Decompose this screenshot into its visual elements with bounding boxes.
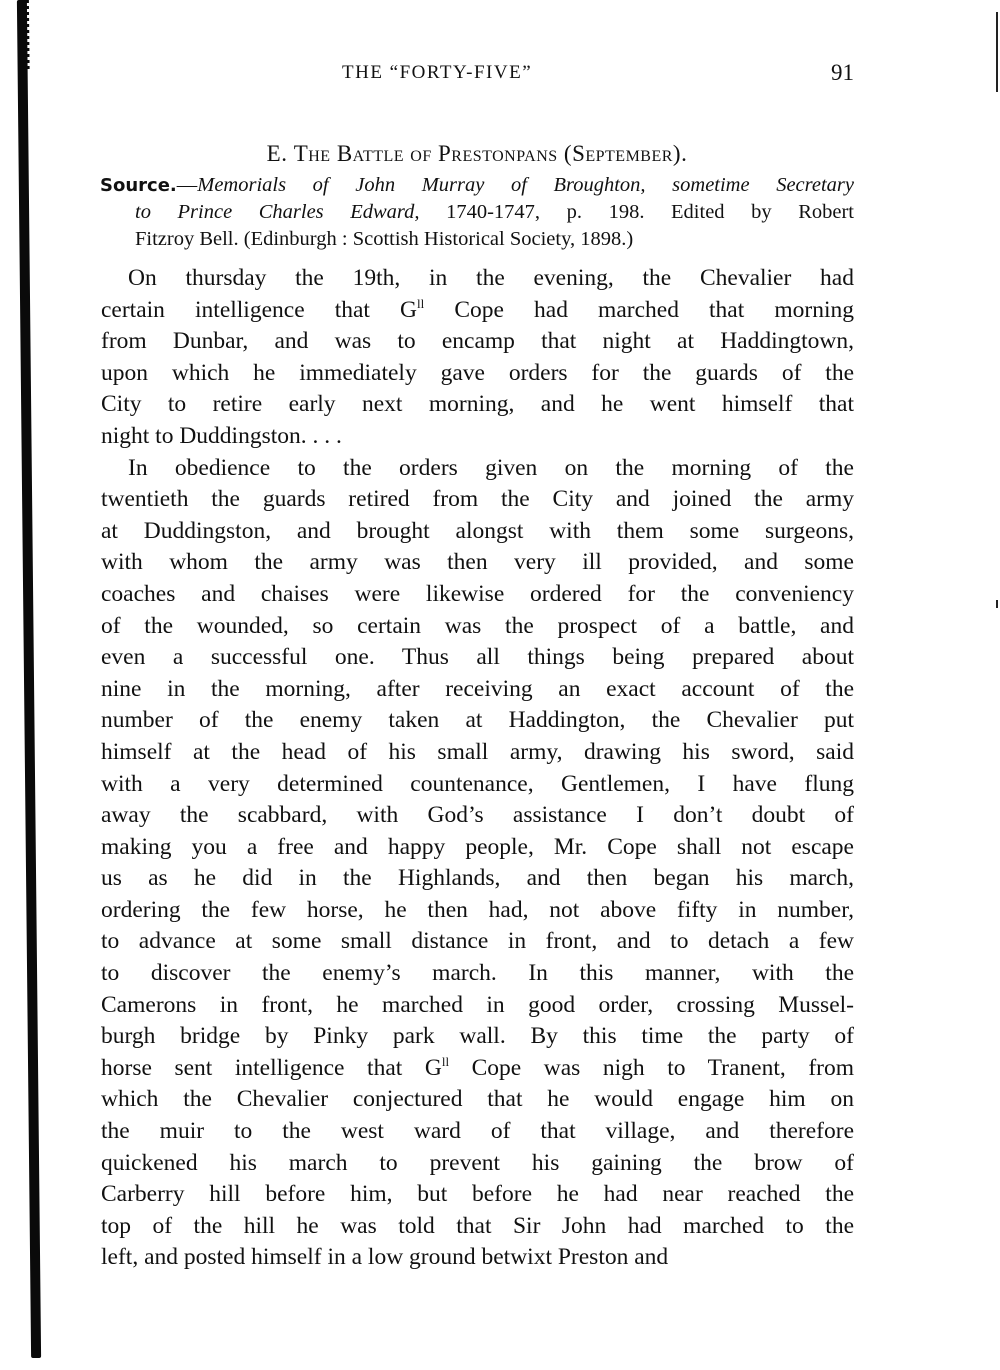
text-line: coaches and chaises were likewise ordere… [101, 579, 854, 611]
source-line: Source.—Memorials of John Murray of Brou… [100, 172, 854, 199]
text-line: left, and posted himself in a low ground… [101, 1242, 854, 1274]
text-line: to advance at some small distance in fro… [101, 926, 854, 958]
paragraph-1: On thursday the 19th, in the evening, th… [101, 263, 854, 453]
text-line: In obedience to the orders given on the … [101, 453, 854, 485]
body-text: On thursday the 19th, in the evening, th… [101, 263, 854, 1274]
running-head: THE “FORTY-FIVE” 91 [100, 62, 854, 92]
text-line: himself at the head of his small army, d… [101, 737, 854, 769]
source-detail: Fitzroy Bell. (Edinburgh : Scottish Hist… [135, 228, 633, 250]
source-title-italic: Memorials of John Murray of Broughton, s… [197, 174, 854, 196]
text-line: burgh bridge by Pinky park wall. By this… [101, 1021, 854, 1053]
text-line: quickened his march to prevent his gaini… [101, 1148, 854, 1180]
text-line: with a very determined countenance, Gent… [101, 769, 854, 801]
superscript-abbrev: ll [442, 1054, 449, 1069]
scan-speckle [996, 600, 998, 608]
running-title: THE “FORTY-FIVE” [342, 62, 532, 84]
source-line: to Prince Charles Edward, 1740-1747, p. … [100, 199, 854, 226]
text-line: night to Duddingston. . . . [101, 421, 854, 453]
text-line: upon which he immediately gave orders fo… [101, 358, 854, 390]
source-line: Fitzroy Bell. (Edinburgh : Scottish Hist… [100, 226, 854, 253]
text-line: Camerons in front, he marched in good or… [101, 990, 854, 1022]
source-label: Source. [100, 175, 177, 196]
scan-binding-edge [17, 0, 41, 1358]
text-line: to discover the enemy’s march. In this m… [101, 958, 854, 990]
section-title: The Battle of Prestonpans (September). [294, 141, 688, 166]
text-line: twentieth the guards retired from the Ci… [101, 484, 854, 516]
text-line: nine in the morning, after receiving an … [101, 674, 854, 706]
text-line: horse sent intelligence that Gll Cope wa… [101, 1053, 854, 1085]
source-detail: 1740-1747, p. 198. Edited by Robert [420, 201, 854, 223]
text-line: number of the enemy taken at Haddington,… [101, 705, 854, 737]
text-line: top of the hill he was told that Sir Joh… [101, 1211, 854, 1243]
text-line: On thursday the 19th, in the evening, th… [101, 263, 854, 295]
text-line: with whom the army was then very ill pro… [101, 547, 854, 579]
scan-speckle [996, 12, 998, 92]
page-number: 91 [831, 60, 854, 86]
text-line: from Dunbar, and was to encamp that nigh… [101, 326, 854, 358]
text-line: which the Chevalier conjectured that he … [101, 1084, 854, 1116]
text-line: us as he did in the Highlands, and then … [101, 863, 854, 895]
section-prefix: E. [267, 141, 294, 166]
paragraph-2: In obedience to the orders given on the … [101, 453, 854, 1274]
source-title-italic: to Prince Charles Edward, [135, 201, 420, 223]
text-line: away the scabbard, with God’s assistance… [101, 800, 854, 832]
text-line: certain intelligence that Gll Cope had m… [101, 295, 854, 327]
section-heading: E. The Battle of Prestonpans (September)… [100, 141, 854, 167]
text-line: the muir to the west ward of that villag… [101, 1116, 854, 1148]
source-dash: — [177, 174, 198, 196]
text-line: City to retire early next morning, and h… [101, 389, 854, 421]
text-line: at Duddingston, and brought alongst with… [101, 516, 854, 548]
source-citation: Source.—Memorials of John Murray of Brou… [100, 172, 854, 253]
text-line: even a successful one. Thus all things b… [101, 642, 854, 674]
text-line: ordering the few horse, he then had, not… [101, 895, 854, 927]
text-line: Carberry hill before him, but before he … [101, 1179, 854, 1211]
superscript-abbrev: ll [417, 296, 424, 311]
text-line: of the wounded, so certain was the prosp… [101, 611, 854, 643]
text-line: making you a free and happy people, Mr. … [101, 832, 854, 864]
